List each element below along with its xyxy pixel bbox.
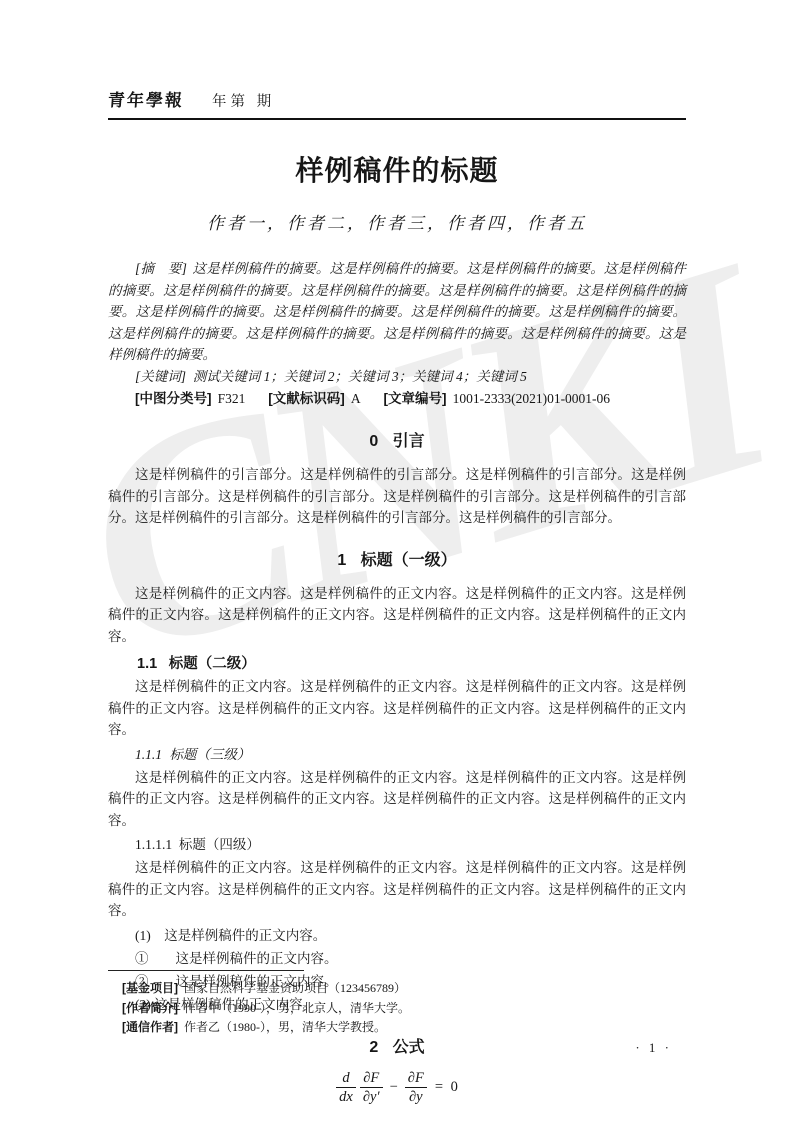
body-paragraph: 这是样例稿件的正文内容。这是样例稿件的正文内容。这是样例稿件的正文内容。这是样例… [108, 857, 686, 922]
section-number: 0 [369, 433, 378, 450]
footnote-block: [基金项目]国家自然科学基金资助项目（123456789） [作者简介]作者甲（… [108, 970, 686, 1038]
footnote-label: [通信作者] [122, 1020, 178, 1034]
section-title: 标题（三级） [169, 747, 250, 762]
section-heading-level4: 1.1.1.1标题（四级） [108, 835, 686, 855]
classification-line: [中图分类号]F321[文献标识码]A[文章编号]1001-2333(2021)… [108, 388, 686, 410]
keywords-text: 测试关键词 1；关键词 2；关键词 3；关键词 4；关键词 5 [193, 369, 527, 384]
minus-operator: − [390, 1079, 398, 1096]
footnote-author-bio: [作者简介]作者甲（1990-），男，北京人，清华大学。 [108, 999, 686, 1019]
page-number: · 1 · [635, 1040, 672, 1056]
footnote-text: 国家自然科学基金资助项目（123456789） [184, 981, 406, 995]
section-title: 公式 [393, 1039, 425, 1056]
article-id-value: 1001-2333(2021)01-0001-06 [453, 391, 610, 406]
section-number: 1 [337, 552, 346, 569]
body-paragraph: 这是样例稿件的正文内容。这是样例稿件的正文内容。这是样例稿件的正文内容。这是样例… [108, 676, 686, 741]
article-id-label: [文章编号] [384, 391, 447, 406]
fraction-numerator: ∂F [405, 1070, 427, 1088]
fraction-numerator: d [336, 1070, 356, 1088]
intro-paragraph: 这是样例稿件的引言部分。这是样例稿件的引言部分。这是样例稿件的引言部分。这是样例… [108, 464, 686, 529]
author-list: 作者一，作者二，作者三，作者四，作者五 [108, 211, 686, 236]
section-number: 2 [369, 1039, 378, 1056]
abstract-label: [摘 要] [135, 261, 187, 276]
body-paragraph: 这是样例稿件的正文内容。这是样例稿件的正文内容。这是样例稿件的正文内容。这是样例… [108, 767, 686, 832]
footnote-corresponding-author: [通信作者]作者乙（1980-），男，清华大学教授。 [108, 1018, 686, 1038]
footnote-separator-rule [108, 970, 304, 971]
journal-logo: 青年學報 [107, 86, 185, 111]
body-paragraph: 这是样例稿件的正文内容。这是样例稿件的正文内容。这是样例稿件的正文内容。这是样例… [108, 583, 686, 648]
euler-lagrange-equation: ddx ∂F∂y′ − ∂F∂y = 0 [108, 1070, 686, 1105]
clc-value: F321 [218, 391, 246, 406]
list-item: (1) 这是样例稿件的正文内容。 [108, 924, 686, 947]
article-title: 样例稿件的标题 [108, 152, 686, 190]
keywords-label: [关键词] [135, 369, 186, 384]
footnote-text: 作者乙（1980-），男，清华大学教授。 [184, 1020, 386, 1034]
fraction-denominator: dx [336, 1088, 356, 1105]
page-content: 青年學報 年第 期 样例稿件的标题 作者一，作者二，作者三，作者四，作者五 [摘… [0, 0, 794, 1105]
fraction-denominator: ∂y [405, 1088, 427, 1105]
fraction-denominator: ∂y′ [360, 1088, 383, 1105]
list-item: ① 这是样例稿件的正文内容。 [108, 947, 686, 970]
journal-header: 青年學報 年第 期 [108, 86, 686, 120]
section-number: 1.1 [137, 656, 157, 672]
fraction: ∂F∂y [405, 1070, 427, 1105]
section-number: 1.1.1.1 [135, 837, 172, 852]
section-heading-formula: 2公式 [108, 1037, 686, 1059]
footnote-label: [作者简介] [122, 1001, 178, 1015]
section-heading-level1: 1标题（一级） [108, 550, 686, 572]
footnote-fund: [基金项目]国家自然科学基金资助项目（123456789） [108, 979, 686, 999]
doc-code-value: A [351, 391, 361, 406]
abstract-text: 这是样例稿件的摘要。这是样例稿件的摘要。这是样例稿件的摘要。这是样例稿件的摘要。… [108, 261, 686, 362]
section-number: 1.1.1 [135, 747, 162, 762]
fraction: ∂F∂y′ [360, 1070, 383, 1105]
fraction: ddx [336, 1070, 356, 1105]
clc-label: [中图分类号] [135, 391, 212, 406]
journal-issue-info: 年第 期 [212, 90, 275, 111]
section-title: 标题（一级） [361, 552, 457, 569]
section-title: 标题（四级） [179, 837, 260, 852]
section-heading-level2: 1.1标题（二级） [108, 654, 686, 674]
fraction-numerator: ∂F [360, 1070, 383, 1088]
footnote-text: 作者甲（1990-），男，北京人，清华大学。 [184, 1001, 410, 1015]
section-heading-intro: 0引言 [108, 431, 686, 453]
abstract-paragraph: [摘 要]这是样例稿件的摘要。这是样例稿件的摘要。这是样例稿件的摘要。这是样例稿… [108, 258, 686, 366]
equation-rhs: = 0 [435, 1079, 460, 1096]
doc-code-label: [文献标识码] [268, 391, 345, 406]
section-title: 标题（二级） [169, 656, 256, 672]
keywords-line: [关键词]测试关键词 1；关键词 2；关键词 3；关键词 4；关键词 5 [108, 366, 686, 388]
footnote-label: [基金项目] [122, 981, 178, 995]
document-page: CNKI 青年學報 年第 期 样例稿件的标题 作者一，作者二，作者三，作者四，作… [0, 0, 794, 1123]
section-heading-level3: 1.1.1标题（三级） [108, 745, 686, 765]
section-title: 引言 [393, 433, 425, 450]
